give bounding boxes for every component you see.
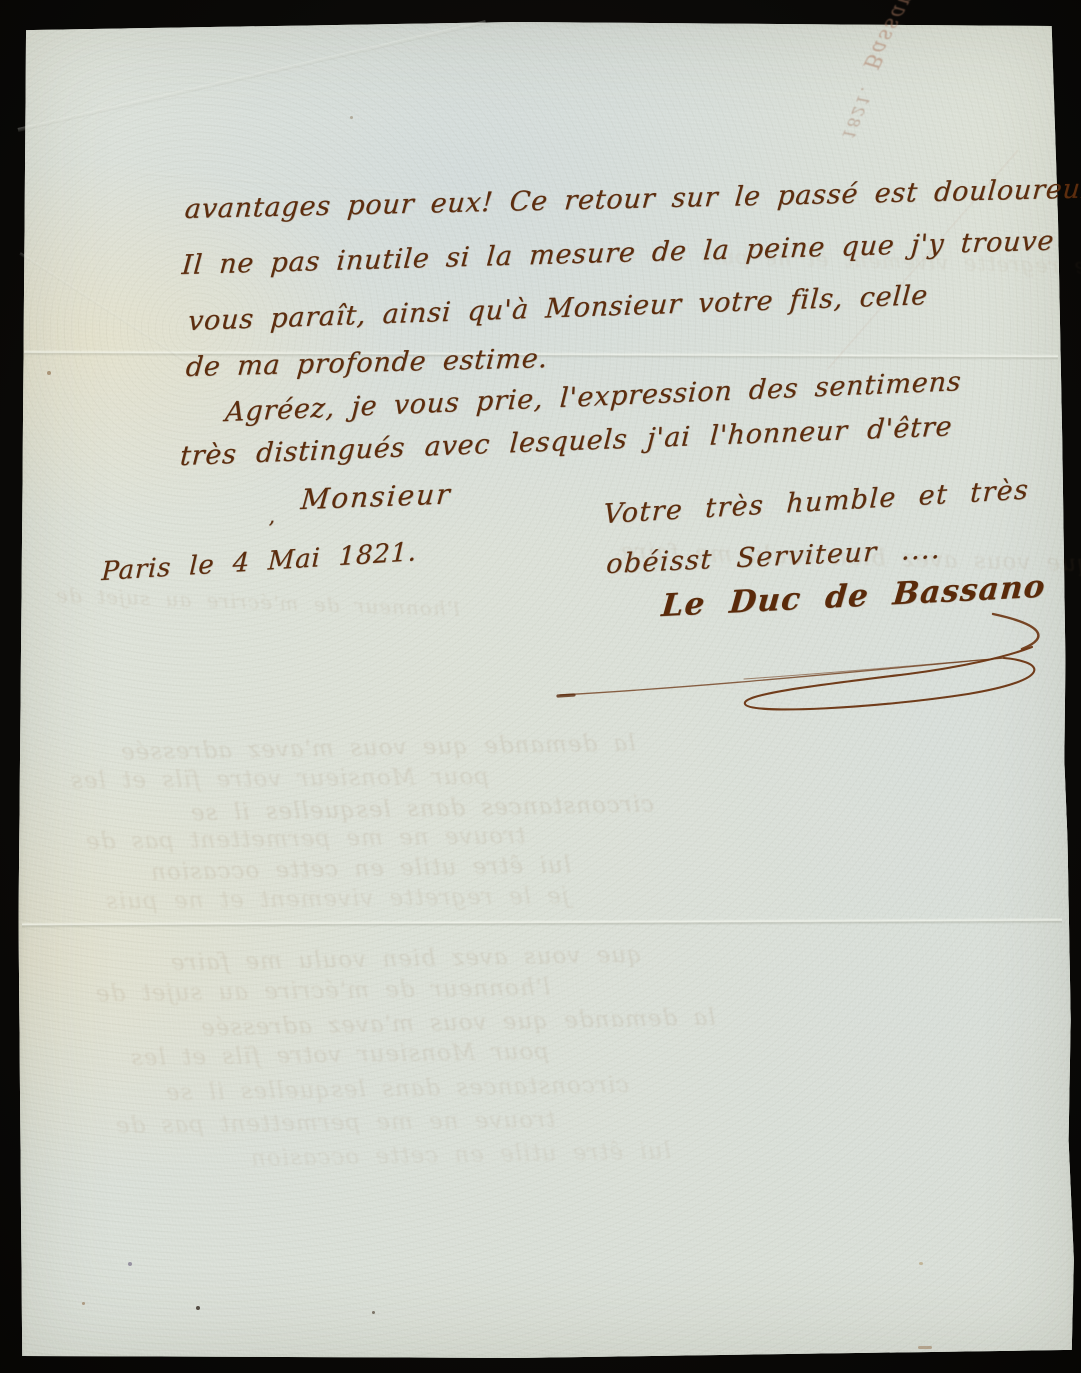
valediction-line-1: Votre très humble et très <box>603 476 1030 528</box>
body-line-1: avantages pour eux! Ce retour sur le pas… <box>184 175 1081 223</box>
valediction-line-2: obéisst Serviteur .... <box>605 536 942 578</box>
dateline: Paris le 4 Mai 1821. <box>101 539 418 585</box>
body-line-3: vous paraît, ainsi qu'à Monsieur votre f… <box>187 282 929 335</box>
salutation-comma: , <box>268 506 276 526</box>
scanned-letter-photograph: que vous avez bien voulu me faire l'honn… <box>0 0 1081 1373</box>
body-line-4: de ma profonde estime. <box>185 345 549 381</box>
letter-ink-layer: avantages pour eux! Ce retour sur le pas… <box>0 0 1081 1373</box>
body-line-2: Il ne pas inutile si la mesure de la pei… <box>181 228 1055 279</box>
signature: Le Duc de Bassano <box>660 572 1047 623</box>
salutation: Monsieur <box>300 480 453 514</box>
